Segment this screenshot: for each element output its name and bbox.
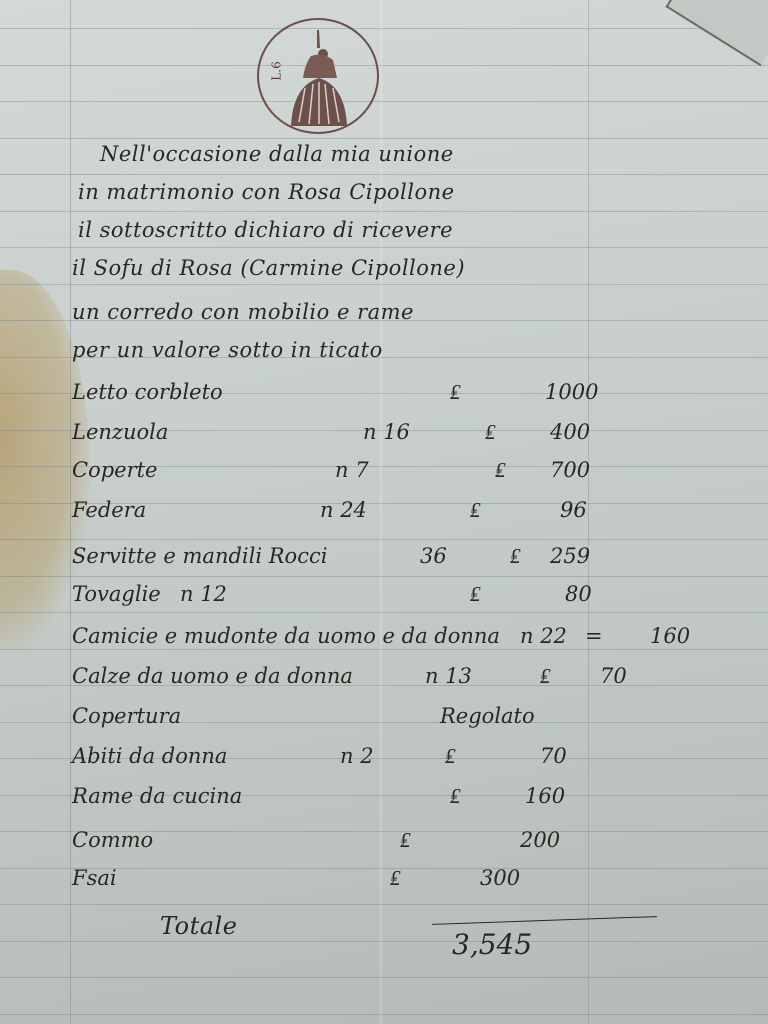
item-amount: Regolato xyxy=(440,704,535,728)
item-amount: 400 xyxy=(550,420,590,444)
item-quantity: n 7 xyxy=(335,458,369,482)
intro-line: Nell'occasione dalla mia unione xyxy=(100,142,454,166)
ruled-line xyxy=(0,649,768,650)
ruled-line xyxy=(0,941,768,942)
item-name: Federa xyxy=(72,498,146,522)
intro-line: il sottoscritto dichiaro di ricevere xyxy=(78,218,453,242)
currency-symbol: ₤ xyxy=(470,498,481,523)
ruled-line xyxy=(0,211,768,212)
currency-symbol: ₤ xyxy=(495,458,506,483)
item-name: Copertura xyxy=(72,704,181,728)
equals-sign: = xyxy=(585,624,603,648)
item-quantity: 36 xyxy=(420,544,447,568)
item-quantity: n 16 xyxy=(363,420,410,444)
allegorical-figure-stamp-icon xyxy=(281,26,356,126)
currency-symbol: ₤ xyxy=(450,784,461,809)
item-amount: 96 xyxy=(560,498,587,522)
currency-symbol: ₤ xyxy=(400,828,411,853)
item-name: Calze da uomo e da donna xyxy=(72,664,353,688)
total-amount: 3,545 xyxy=(452,928,532,961)
item-name: Rame da cucina xyxy=(72,784,242,808)
item-name: Letto corbleto xyxy=(72,380,223,404)
ruled-line xyxy=(0,977,768,978)
item-quantity: n 13 xyxy=(425,664,472,688)
total-rule xyxy=(432,916,657,925)
currency-symbol: ₤ xyxy=(470,582,481,607)
item-quantity: n 2 xyxy=(340,744,374,768)
ruled-line xyxy=(0,174,768,175)
ruled-line xyxy=(0,101,768,102)
ruled-line xyxy=(0,1014,768,1015)
ruled-line xyxy=(0,138,768,139)
ruled-line xyxy=(0,247,768,248)
item-amount: 1000 xyxy=(545,380,598,404)
ruled-line xyxy=(0,284,768,285)
item-amount: 700 xyxy=(550,458,590,482)
item-amount: 70 xyxy=(600,664,627,688)
item-amount: 300 xyxy=(480,866,520,890)
ruled-line xyxy=(0,28,768,29)
currency-symbol: ₤ xyxy=(540,664,551,689)
item-amount: 70 xyxy=(540,744,567,768)
currency-symbol: ₤ xyxy=(445,744,456,769)
item-amount: 200 xyxy=(520,828,560,852)
item-amount: 160 xyxy=(525,784,565,808)
total-label: Totale xyxy=(160,912,237,940)
intro-line: il Sofu di Rosa (Carmine Cipollone) xyxy=(72,256,465,280)
ruled-line xyxy=(0,576,768,577)
item-name: Camicie e mudonte da uomo e da donna xyxy=(72,624,500,648)
left-margin-line xyxy=(70,0,71,1024)
item-quantity: n 24 xyxy=(320,498,367,522)
item-amount: 160 xyxy=(650,624,690,648)
currency-symbol: ₤ xyxy=(510,544,521,569)
item-quantity: n 12 xyxy=(180,582,227,606)
ruled-line xyxy=(0,539,768,540)
intro-line: per un valore sotto in ticato xyxy=(72,338,383,362)
ruled-line xyxy=(0,904,768,905)
item-name: Fsai xyxy=(72,866,117,890)
currency-symbol: ₤ xyxy=(450,380,461,405)
item-name: Abiti da donna xyxy=(72,744,227,768)
item-amount: 259 xyxy=(550,544,590,568)
item-name: Servitte e mandili Rocci xyxy=(72,544,327,568)
item-name: Tovaglie xyxy=(72,582,161,606)
revenue-stamp: L.6 xyxy=(257,18,379,134)
folded-corner xyxy=(665,0,768,66)
item-amount: 80 xyxy=(565,582,592,606)
ruled-line xyxy=(0,65,768,66)
ruled-line xyxy=(0,612,768,613)
right-margin-line xyxy=(588,0,589,1024)
intro-line: in matrimonio con Rosa Cipollone xyxy=(78,180,455,204)
intro-line: un corredo con mobilio e rame xyxy=(72,300,414,324)
item-name: Lenzuola xyxy=(72,420,168,444)
document-page: L.6 Nell'occasione dalla mia unionein ma… xyxy=(0,0,768,1024)
currency-symbol: ₤ xyxy=(390,866,401,891)
currency-symbol: ₤ xyxy=(485,420,496,445)
item-quantity: n 22 xyxy=(520,624,567,648)
item-name: Coperte xyxy=(72,458,158,482)
item-name: Commo xyxy=(72,828,153,852)
